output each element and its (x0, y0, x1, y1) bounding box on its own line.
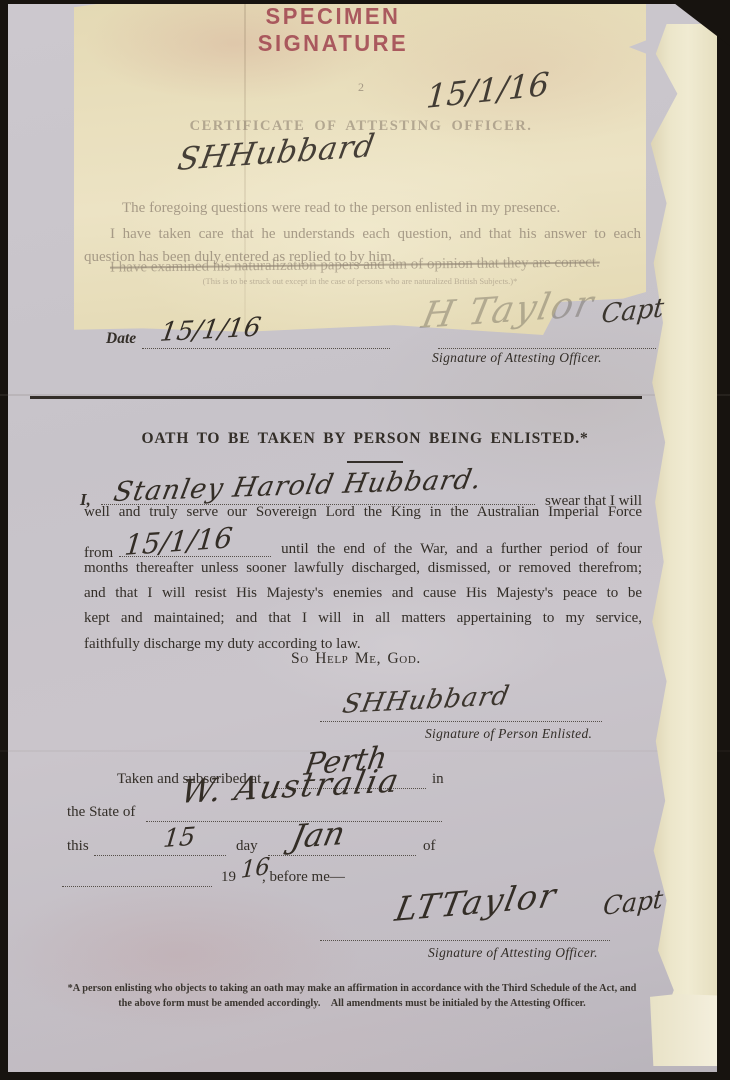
oath-line-months: months thereafter unless sooner lawfully… (84, 561, 642, 576)
attesting-signature-line-bottom (320, 922, 610, 941)
footnote-line1: *A person enlisting who objects to takin… (68, 983, 637, 994)
this-label: this (67, 838, 89, 855)
year-prefix: 19 (221, 869, 236, 886)
certificate-page-number: 2 (358, 80, 364, 95)
certificate-paragraph-foregoing: The foregoing questions were read to the… (96, 200, 641, 217)
so-help-me-god-text: So Help Me, God. (291, 650, 421, 668)
month-handwriting: Jan (288, 814, 349, 856)
oath-heading: OATH TO BE TAKEN BY PERSON BEING ENLISTE… (85, 430, 645, 448)
state-label: the State of (67, 804, 135, 821)
attesting-signature-line-top (438, 331, 656, 349)
attesting-signature-caption-top: Signature of Attesting Officer. (432, 350, 602, 366)
oath-from-line: 15/1/16 (119, 524, 271, 557)
enlisted-signature-line (320, 703, 602, 722)
oath-line-kept: kept and maintained; and that I will in … (84, 611, 642, 626)
oath-line-until: until the end of the War, and a further … (281, 541, 642, 558)
date-value-handwriting: 15/1/16 (158, 312, 263, 348)
oath-line-serve: well and truly serve our Sovereign Lord … (84, 505, 642, 520)
oath-name-line: Stanley Harold Hubbard. (101, 474, 535, 505)
enlisted-signature-caption: Signature of Person Enlisted. (425, 726, 592, 742)
oath-heading-underline (347, 461, 403, 463)
specimen-signature-stamp: SPECIMEN SIGNATURE (193, 3, 473, 57)
document-scan: SPECIMEN SIGNATURE 2 CERTIFICATE OF ATTE… (0, 0, 730, 1080)
before-me-label: , before me— (262, 869, 345, 886)
in-label: in (432, 771, 444, 788)
attesting-signature-caption-bottom: Signature of Attesting Officer. (428, 945, 598, 961)
oath-line-resist: and that I will resist His Majesty's ene… (84, 586, 642, 601)
day-line (94, 838, 226, 856)
tape-bottom-patch (650, 994, 717, 1066)
section-divider-rule (30, 396, 642, 399)
day-handwriting: 15 (162, 821, 197, 853)
certificate-struck-footnote: (This is to be struck out except in the … (110, 276, 610, 286)
date-label: Date (106, 330, 136, 348)
oath-from-date-handwriting: 15/1/16 (123, 521, 234, 562)
day-label: day (236, 838, 258, 855)
year-blank-line (62, 869, 212, 887)
footnote-line2: the above form must be amended according… (118, 998, 586, 1009)
of-label: of (423, 838, 436, 855)
